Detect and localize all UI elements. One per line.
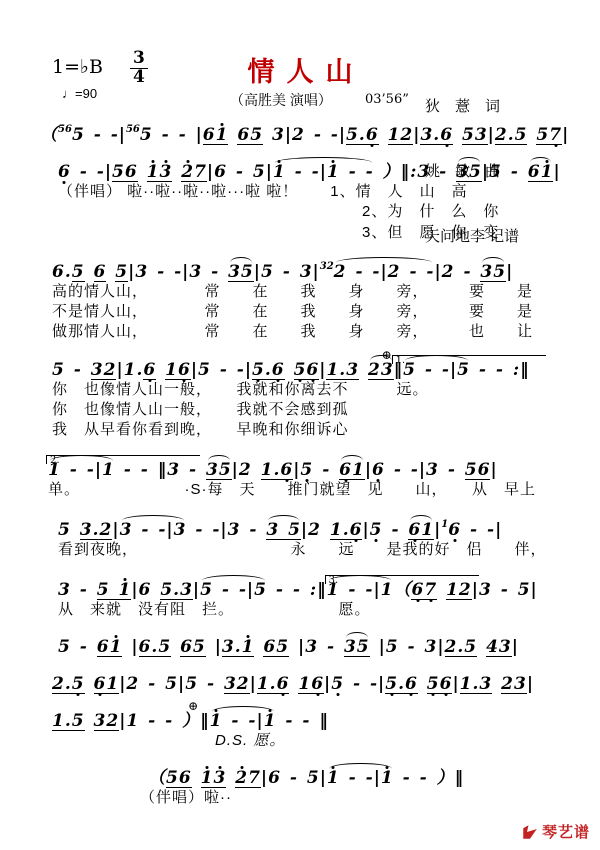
ds-marking-row: D.S. 愿。 <box>0 731 600 751</box>
notation-line: （56 13 27|6 - 5|1 - -|1 - - ）‖ <box>0 757 600 788</box>
score-line: 2.1 - -|1 - - ‖3 - 35|2 1.6|5 - 61|6 - -… <box>0 446 600 500</box>
notation-line: 1.5 32|1 - - ）⊕‖1 - -|1 - - ‖ <box>0 700 600 731</box>
notation-line: 3 - 5 1|6 5.3|5 - -|5 - - :‖3.1 - -|1（67… <box>0 566 600 600</box>
music-sheet: 1=♭B ♩=90 3 4 情人山 （高胜美 演唱） 03’56” 狄 薏 词 … <box>0 0 600 850</box>
score-line: 2.5 61|2 - 5|5 - 32|1.6 16|5 - -|5.6 56|… <box>0 663 600 694</box>
lyric-row: （伴唱）啦·· <box>0 788 600 808</box>
lyric-row: 看到夜晚， 永 远 是我的好 侣 伴， <box>0 540 600 560</box>
lyric-row: 我 从早看你看到晚， 早晚和你细诉心 <box>0 420 600 440</box>
score-line: （56 13 27|6 - 5|1 - -|1 - - ）‖ （伴唱）啦·· <box>0 757 600 808</box>
score-line: 1.5 32|1 - - ）⊕‖1 - -|1 - - ‖ D.S. 愿。 <box>0 700 600 751</box>
performer-subtitle: （高胜美 演唱） <box>230 90 332 110</box>
notation-line: 5 3.2|3 - -|3 - -|3 - 3 5|2 1.6|5 - 61|1… <box>0 507 600 540</box>
lyric-row: 从 来就 没有阻 拦。 愿。 <box>0 600 600 620</box>
lyricist-credit: 狄 薏 词 <box>425 96 519 118</box>
notation-line: 5 - 61 |6.5 65 |3.1 65 |3 - 35 |5 - 3|2.… <box>0 626 600 657</box>
lyric-row: 你 也像情人山一般， 我就不会感到孤 <box>0 400 600 420</box>
score-line: 5 - 61 |6.5 65 |3.1 65 |3 - 35 |5 - 3|2.… <box>0 626 600 657</box>
qinyipu-logo[interactable]: 琴艺谱 <box>521 821 590 842</box>
logo-text: 琴艺谱 <box>542 821 590 842</box>
lyric-row: 你 也像情人山一般， 我就和你离去不 远。 <box>0 380 600 400</box>
qinyipu-logo-icon <box>521 823 539 841</box>
transcriber-credit: 天问地李 记谱 <box>425 226 519 248</box>
lyric-row: 不是情人山， 常 在 我 身 旁， 要 是 <box>0 302 600 322</box>
lyric-row: 做那情人山， 常 在 我 身 旁， 也 让 <box>0 322 600 342</box>
notation-line: 5 - 32|1.6 16|5 - -|5.6 56|1.3 23⊕1.‖5 -… <box>0 349 600 380</box>
notation-line: 2.1 - -|1 - - ‖3 - 35|2 1.6|5 - 61|6 - -… <box>0 446 600 480</box>
score-line: 5 - 32|1.6 16|5 - -|5.6 56|1.3 23⊕1.‖5 -… <box>0 349 600 441</box>
score-line: 5 3.2|3 - -|3 - -|3 - 3 5|2 1.6|5 - 61|1… <box>0 507 600 560</box>
score-line: 3 - 5 1|6 5.3|5 - -|5 - - :‖3.1 - -|1（67… <box>0 566 600 620</box>
score-line: 6.5 6 5|3 - -|3 - 35|5 - 3|322 - -|2 - -… <box>0 249 600 343</box>
song-duration: 03’56” <box>365 92 409 107</box>
lyric-row: 单。 ·S·每 天 推门就望 见 山， 从 早上 <box>0 480 600 500</box>
sheet-header: 1=♭B ♩=90 3 4 情人山 （高胜美 演唱） 03’56” 狄 薏 词 … <box>0 6 600 112</box>
notation-line: 2.5 61|2 - 5|5 - 32|1.6 16|5 - -|5.6 56|… <box>0 663 600 694</box>
